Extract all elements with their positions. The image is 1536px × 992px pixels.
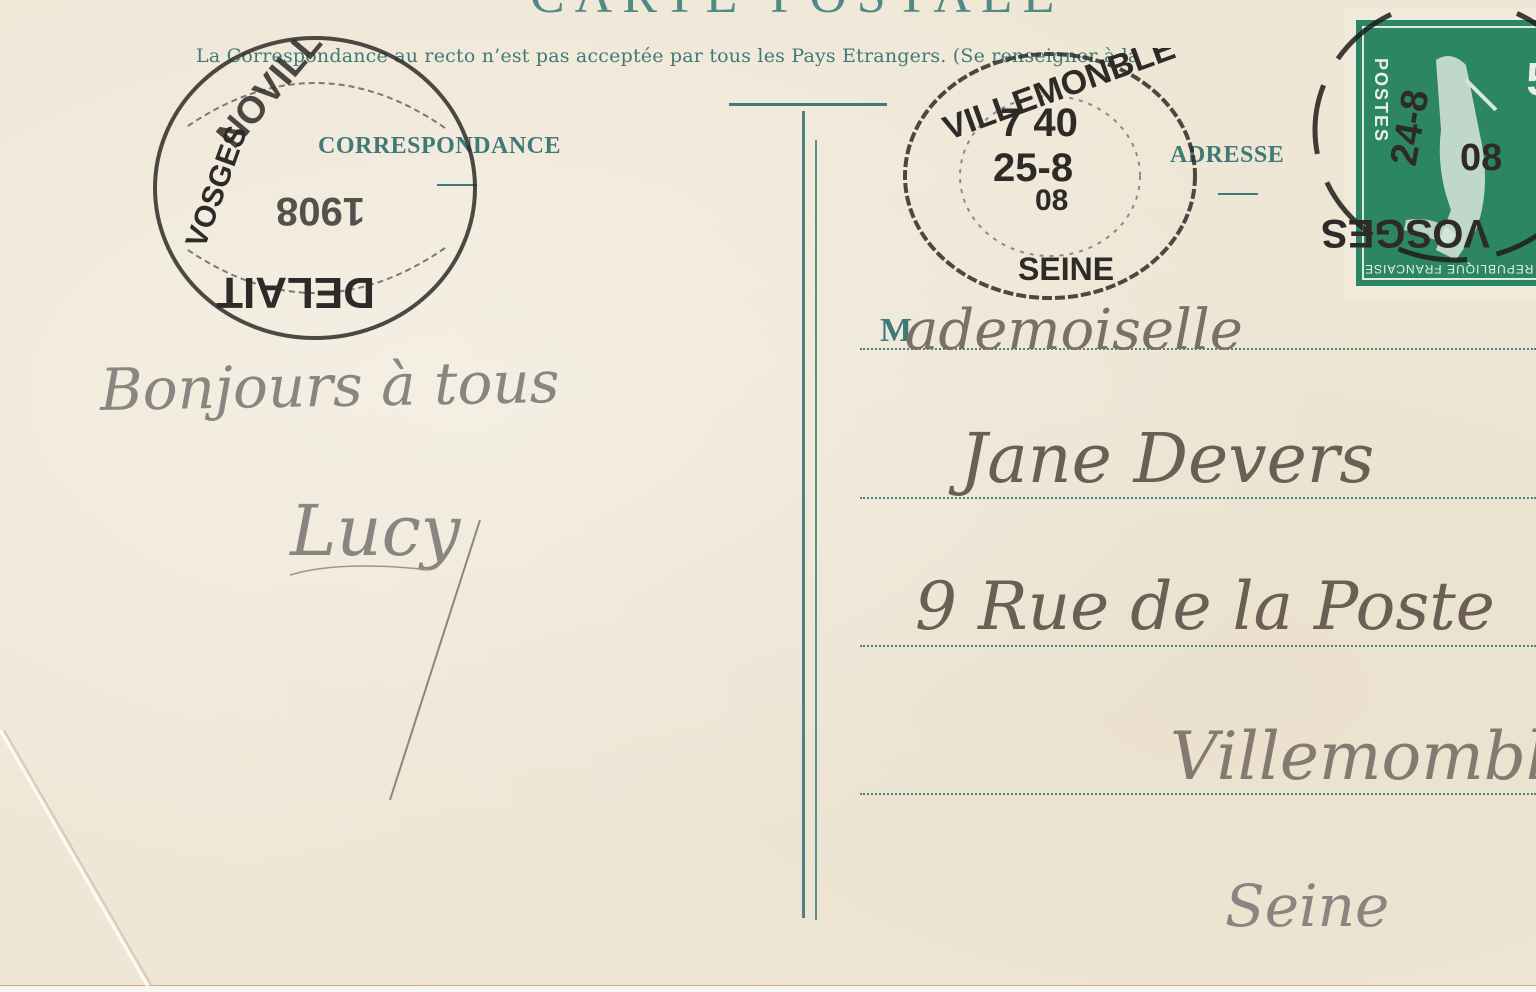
address-street: 9 Rue de la Poste [915,568,1495,645]
address-line-3 [860,645,1536,647]
svg-text:VOSGES: VOSGES [1321,211,1490,255]
postmark-villemomble: VILLEMONBLE 7 40 25-8 08 SEINE [895,48,1205,308]
card-title: CARTE POSTALE [530,0,1064,25]
address-name: Jane Devers [960,420,1374,499]
address-city: Villemomble [1170,718,1536,795]
divider-line-secondary [815,140,817,920]
postmark-noville: DELAIT 1908 VOSGES NOVILL [145,18,485,358]
svg-text:DELAIT: DELAIT [216,268,375,317]
postcard-back: CARTE POSTALE La Correspondance au recto… [0,0,1536,987]
scan-edge [0,986,1536,992]
svg-text:24-8: 24-8 [1383,87,1438,169]
paper-fold-crease [0,730,160,990]
address-department: Seine [1225,872,1389,940]
message-greeting: Bonjours à tous [99,348,560,424]
svg-text:1908: 1908 [276,189,365,233]
svg-text:7 40: 7 40 [1000,101,1078,145]
address-underline [1218,193,1258,195]
postmark-stamp-cancel: 24-8 08 VOSGES [1305,10,1536,280]
svg-text:08: 08 [1035,184,1068,217]
divider-top-bar [729,103,887,106]
divider-line [802,111,805,918]
svg-text:SEINE: SEINE [1018,251,1114,287]
signature-flourish [280,480,600,810]
svg-text:08: 08 [1460,137,1502,179]
